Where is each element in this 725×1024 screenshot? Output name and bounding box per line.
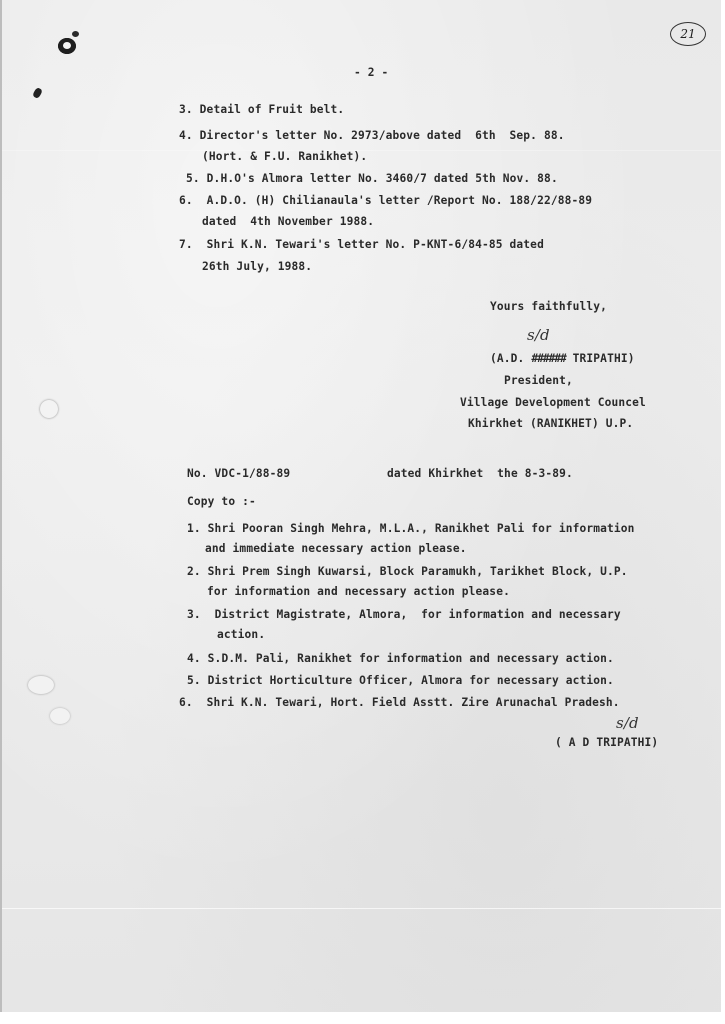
reference-item: 3. Detail of Fruit belt. [179, 103, 344, 116]
reference-item: 7. Shri K.N. Tewari's letter No. P-KNT-6… [179, 238, 544, 251]
copy-item: 1. Shri Pooran Singh Mehra, M.L.A., Rani… [187, 522, 635, 535]
copy-item: 5. District Horticulture Officer, Almora… [187, 674, 614, 687]
final-signature-mark: s/d [616, 714, 639, 732]
signature-mark: s/d [527, 326, 550, 344]
copy-item: 4. S.D.M. Pali, Ranikhet for information… [187, 652, 614, 665]
signatory-name: (A.D. ###### TRIPATHI) [490, 352, 635, 365]
signatory-title: President, [504, 374, 573, 387]
reference-item-cont: dated 4th November 1988. [202, 215, 374, 228]
dispatch-number: No. VDC-1/88-89 [187, 467, 290, 480]
struck-text: ###### [531, 352, 565, 365]
dispatch-date: dated Khirkhet the 8-3-89. [387, 467, 573, 480]
copy-item-cont: and immediate necessary action please. [205, 542, 467, 555]
final-signatory-name: ( A D TRIPATHI) [555, 736, 658, 749]
page-marker: - 2 - [354, 66, 388, 79]
copy-item: 2. Shri Prem Singh Kuwarsi, Block Paramu… [187, 565, 628, 578]
organization-place: Khirkhet (RANIKHET) U.P. [468, 417, 633, 430]
reference-item: 5. D.H.O's Almora letter No. 3460/7 date… [186, 172, 558, 185]
copy-to-label: Copy to :- [187, 495, 256, 508]
salutation: Yours faithfully, [490, 300, 607, 313]
copy-item-cont: for information and necessary action ple… [207, 585, 510, 598]
copy-item: 3. District Magistrate, Almora, for info… [187, 608, 621, 621]
paper-sheet: 21 - 2 - 3. Detail of Fruit belt. 4. Dir… [0, 0, 721, 1012]
reference-item: 4. Director's letter No. 2973/above date… [179, 129, 565, 142]
reference-item-cont: (Hort. & F.U. Ranikhet). [202, 150, 367, 163]
letter-body: - 2 - 3. Detail of Fruit belt. 4. Direct… [2, 0, 721, 1012]
reference-item-cont: 26th July, 1988. [202, 260, 312, 273]
reference-item: 6. A.D.O. (H) Chilianaula's letter /Repo… [179, 194, 592, 207]
copy-item-cont: action. [217, 628, 265, 641]
organization-name: Village Development Councel [460, 396, 646, 409]
copy-item: 6. Shri K.N. Tewari, Hort. Field Asstt. … [179, 696, 620, 709]
